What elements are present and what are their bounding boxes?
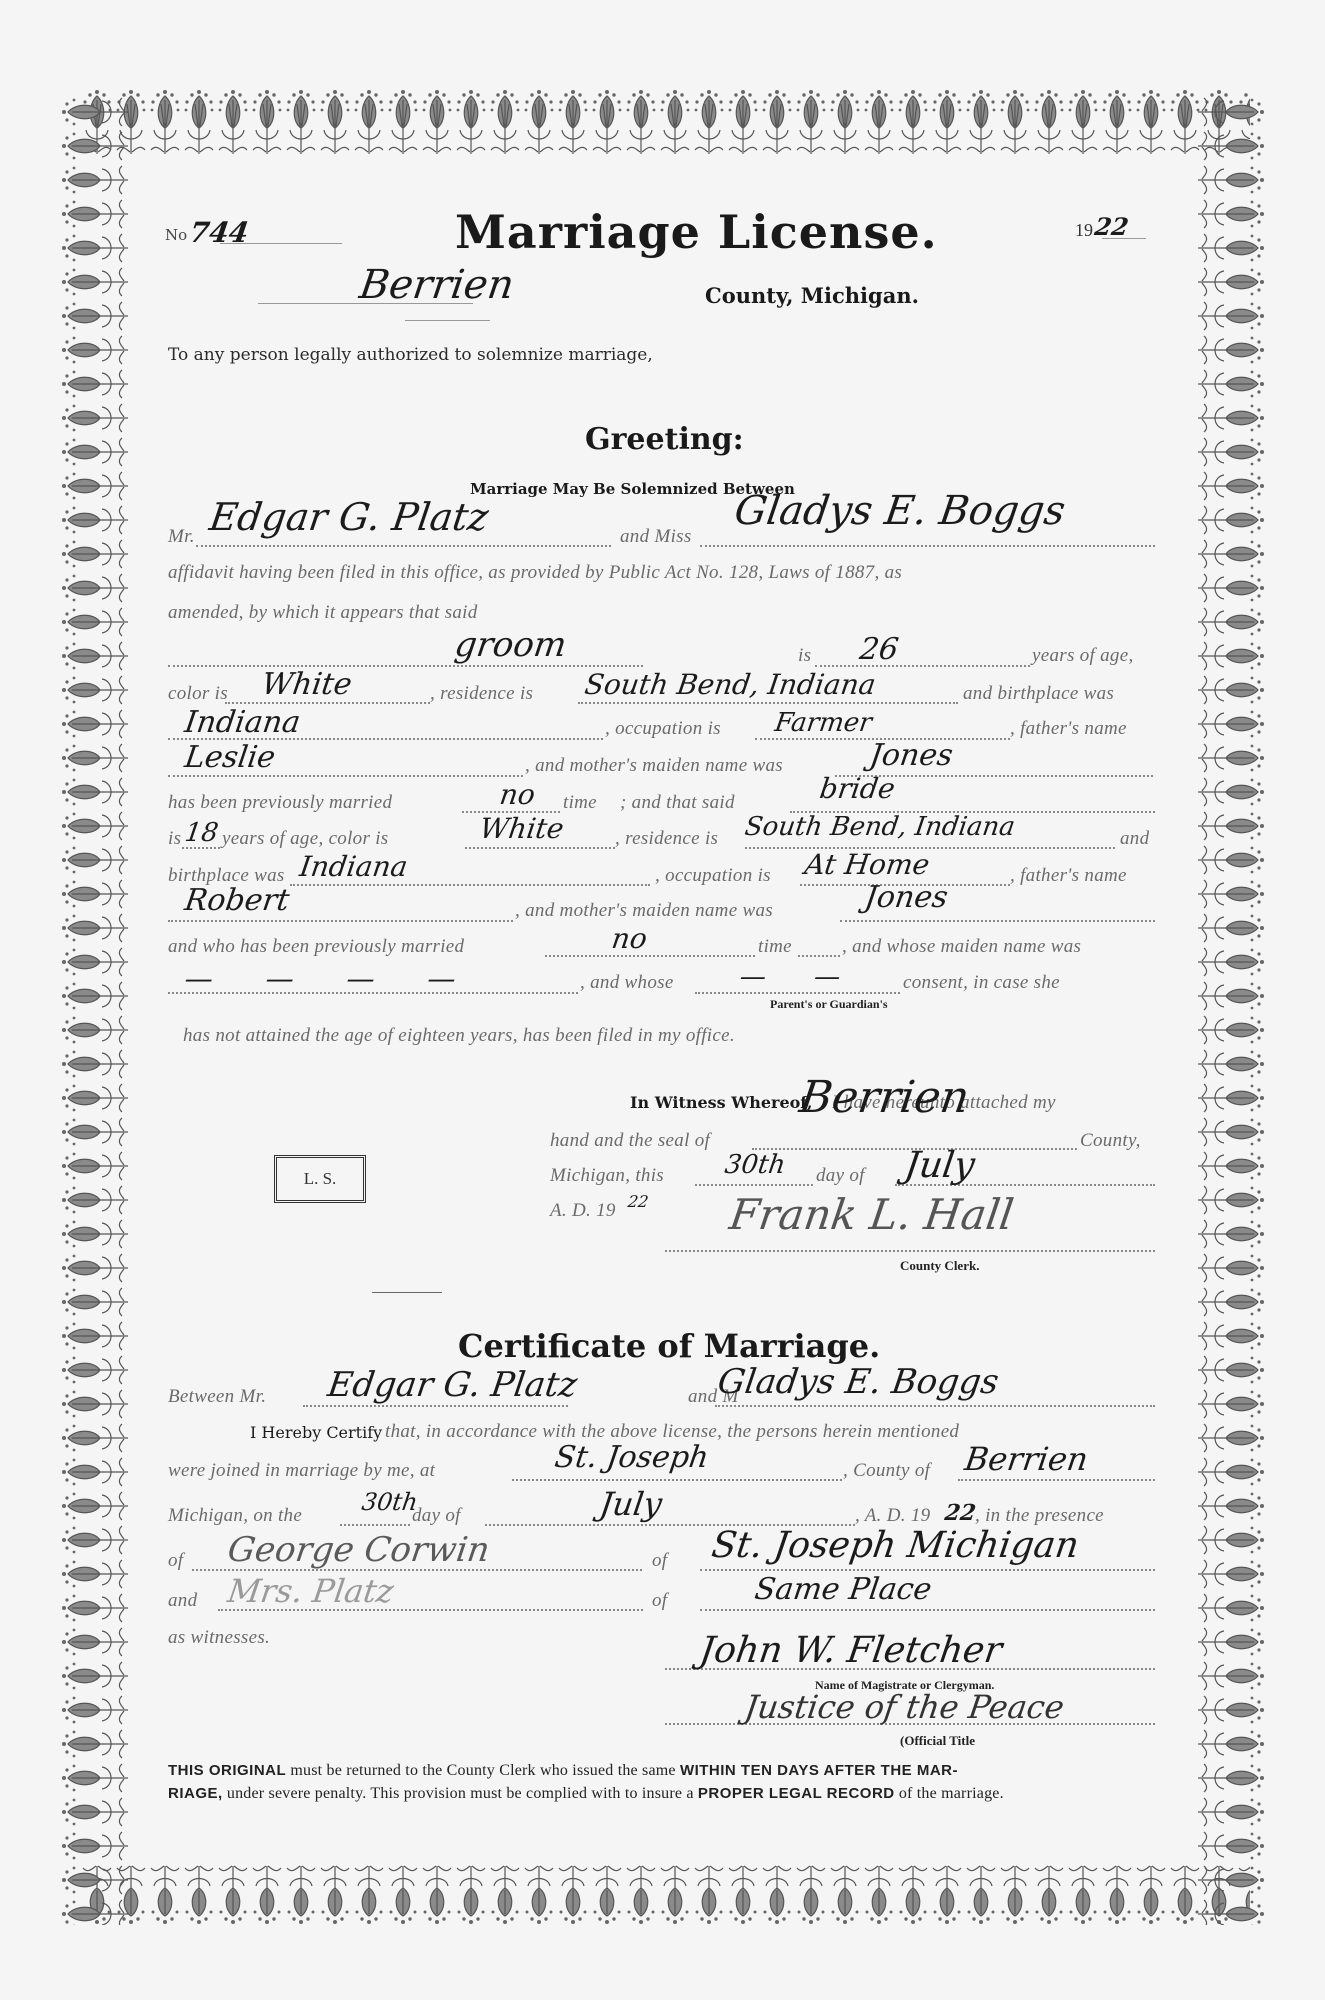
bride-said-label: bride: [818, 772, 897, 805]
groom-father: Leslie: [183, 740, 278, 775]
mr-label: Mr.: [168, 526, 195, 548]
officiant-signature: John W. Fletcher: [697, 1630, 1004, 1671]
groom-father-label: , father's name: [1010, 718, 1127, 740]
not-attained-text: has not attained the age of eighteen yea…: [183, 1025, 735, 1047]
witness-county: Berrien: [796, 1072, 972, 1123]
groom-said-label: groom: [452, 625, 569, 665]
amended-text: amended, by which it appears that said: [168, 602, 478, 624]
footer-text-3: of the marriage.: [895, 1785, 1004, 1802]
witness1-place: St. Joseph Michigan: [709, 1525, 1081, 1566]
cert-day-of-label: day of: [412, 1505, 461, 1527]
cert-month: July: [597, 1485, 664, 1523]
in-witness-label: In Witness Whereof,: [630, 1093, 812, 1112]
groom-color-label: color is: [168, 683, 228, 705]
and-miss-label: and Miss: [620, 526, 692, 548]
license-year-printed: 19: [1075, 220, 1093, 241]
bride-prev-label: and who has been previously married: [168, 936, 464, 958]
county-of-label: , County of: [843, 1460, 930, 1482]
license-number-prefix: No: [165, 226, 187, 244]
clerk-caption: County Clerk.: [900, 1258, 979, 1274]
bride-is-label: is: [168, 828, 181, 850]
groom-that-said-label: ; and that said: [620, 792, 735, 814]
ornamental-border-bottom: [80, 1862, 1250, 1926]
footer-emphasis-2: WITHIN TEN DAYS AFTER THE MAR-: [680, 1762, 958, 1779]
michigan-on-label: Michigan, on the: [168, 1505, 302, 1527]
bride-age: 18: [183, 818, 220, 848]
guardian-caption: Parent's or Guardian's: [770, 997, 888, 1012]
certify-lead: I Hereby Certify: [250, 1423, 382, 1442]
groom-is-label: is: [798, 645, 811, 667]
license-number: 744: [188, 216, 251, 249]
presence-label: , in the presence: [975, 1505, 1104, 1527]
witness-day: 30th: [723, 1150, 787, 1180]
bride-consent: — —: [738, 962, 862, 992]
cert-day: 30th: [360, 1488, 420, 1516]
bride-occupation-label: , occupation is: [655, 865, 771, 887]
groom-age: 26: [858, 632, 901, 667]
bride-birthplace: Indiana: [298, 850, 410, 883]
witness2-of-label: of: [652, 1590, 667, 1612]
witness1-of-label: of: [168, 1550, 183, 1572]
section-divider: [372, 1292, 442, 1293]
cert-bride-name: Gladys E. Boggs: [715, 1362, 1001, 1402]
cert-place: St. Joseph: [553, 1440, 711, 1475]
cert-groom-name: Edgar G. Platz: [325, 1365, 579, 1405]
groom-name: Edgar G. Platz: [207, 495, 491, 539]
footer-emphasis-4: PROPER LEGAL RECORD: [698, 1785, 895, 1802]
ornamental-border-right: [1196, 95, 1266, 1925]
day-of-label: day of: [816, 1165, 865, 1187]
footer-line-1: THIS ORIGINAL must be returned to the Co…: [168, 1762, 958, 1780]
ornamental-border-left: [60, 95, 132, 1925]
witness2-and-label: and: [168, 1590, 197, 1612]
official-title-caption: (Official Title: [900, 1733, 975, 1749]
bride-father: Robert: [183, 883, 292, 918]
bride-color: White: [478, 812, 566, 845]
bride-prev: no: [610, 922, 650, 955]
groom-residence: South Bend, Indiana: [583, 668, 878, 701]
bride-residence: South Bend, Indiana: [743, 812, 1017, 842]
groom-color: White: [260, 667, 354, 702]
license-county-suffix: County, Michigan.: [705, 283, 919, 308]
footer-text-1: must be returned to the County Clerk who…: [286, 1762, 680, 1779]
cert-year: 22: [943, 1500, 977, 1526]
witness1-name: George Corwin: [225, 1530, 492, 1570]
witness-year: 22: [627, 1192, 650, 1211]
license-title: Marriage License.: [455, 205, 938, 259]
groom-residence-label: , residence is: [430, 683, 533, 705]
license-year-handwritten: 22: [1093, 212, 1130, 241]
greeting-heading: Greeting:: [585, 422, 744, 457]
footer-emphasis-1: THIS ORIGINAL: [168, 1762, 286, 1779]
bride-name: Gladys E. Boggs: [732, 488, 1068, 534]
bride-consent-label: consent, in case she: [903, 972, 1060, 994]
groom-years-label: years of age,: [1032, 645, 1134, 667]
marriage-license-document: No 744 Marriage License. 19 22 Berrien C…: [0, 0, 1325, 2000]
cert-county: Berrien: [962, 1440, 1090, 1478]
joined-label: were joined in marriage by me, at: [168, 1460, 435, 1482]
groom-time-label: time: [563, 792, 597, 814]
groom-birthplace-label: and birthplace was: [963, 683, 1114, 705]
certificate-title: Certificate of Marriage.: [458, 1327, 880, 1365]
license-county-handwritten: Berrien: [357, 262, 517, 308]
footer-text-2: under severe penalty. This provision mus…: [223, 1785, 698, 1802]
bride-maiden-label: , and whose maiden name was: [842, 936, 1081, 958]
seal-label: L. S.: [304, 1169, 337, 1189]
groom-occupation: Farmer: [773, 708, 874, 738]
official-title: Justice of the Peace: [742, 1688, 1066, 1726]
groom-prev: no: [498, 778, 538, 811]
groom-prev-label: has been previously married: [168, 792, 392, 814]
groom-mother-label: , and mother's maiden name was: [525, 755, 783, 777]
groom-birthplace: Indiana: [183, 705, 303, 740]
bride-years-color-label: years of age, color is: [222, 828, 389, 850]
between-label: Between Mr.: [168, 1386, 266, 1408]
witness-month: July: [902, 1145, 977, 1186]
bride-mother-label: , and mother's maiden name was: [515, 900, 773, 922]
michigan-this-label: Michigan, this: [550, 1165, 664, 1187]
witness2-name: Mrs. Platz: [225, 1572, 396, 1610]
footer-line-2: RIAGE, under severe penalty. This provis…: [168, 1785, 1004, 1803]
witness-county-label: County,: [1080, 1130, 1141, 1152]
seal-box: L. S.: [274, 1155, 366, 1203]
groom-mother: Jones: [868, 738, 955, 773]
ornamental-border-top: [80, 88, 1250, 162]
bride-father-label: , father's name: [1010, 865, 1127, 887]
as-witnesses-label: as witnesses.: [168, 1627, 270, 1649]
affidavit-text: affidavit having been filed in this offi…: [168, 562, 902, 584]
bride-occupation: At Home: [803, 848, 932, 881]
witness1-of2-label: of: [652, 1550, 667, 1572]
cert-ad-label: , A. D. 19: [855, 1505, 930, 1527]
bride-time-label: time: [758, 936, 792, 958]
witness2-place: Same Place: [753, 1572, 934, 1607]
hand-seal-label: hand and the seal of: [550, 1130, 710, 1152]
groom-occupation-label: , occupation is: [605, 718, 721, 740]
bride-maiden: — — — —: [183, 962, 480, 995]
footer-emphasis-3: RIAGE,: [168, 1785, 223, 1802]
salutation: To any person legally authorized to sole…: [168, 345, 653, 365]
bride-and-label: and: [1120, 828, 1149, 850]
bride-whose-label: , and whose: [580, 972, 674, 994]
bride-mother: Jones: [863, 880, 950, 915]
clerk-signature: Frank L. Hall: [727, 1190, 1017, 1239]
bride-residence-label: , residence is: [615, 828, 718, 850]
ad-label: A. D. 19: [550, 1200, 616, 1222]
